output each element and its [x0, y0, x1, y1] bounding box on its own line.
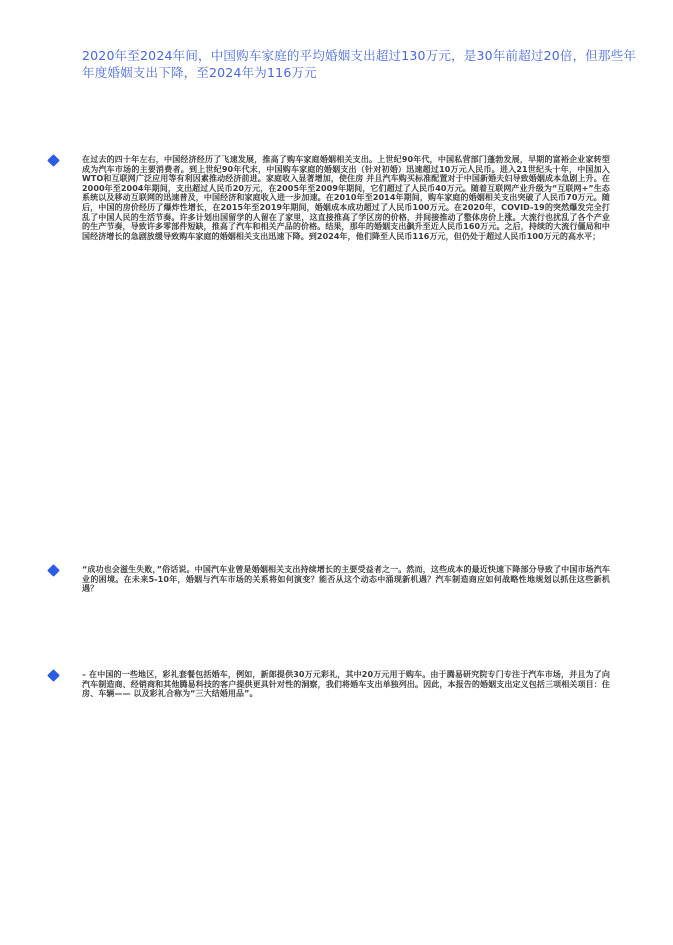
document-page: 2020年至2024年间，中国购车家庭的平均婚姻支出超过130万元，是30年前超…: [0, 0, 673, 945]
page-heading: 2020年至2024年间，中国购车家庭的平均婚姻支出超过130万元，是30年前超…: [82, 47, 648, 81]
diamond-bullet-icon: [47, 564, 60, 577]
bullet-text: 在过去的四十年左右，中国经济经历了飞速发展，推高了购车家庭婚姻相关支出。上世纪9…: [82, 155, 610, 241]
bullet-text: “成功也会滋生失败，”俗话说。中国汽车业曾是婚姻相关支出持续增长的主要受益者之一…: [82, 565, 610, 594]
diamond-bullet-icon: [47, 154, 60, 167]
bullet-text: – 在中国的一些地区，彩礼套餐包括婚车，例如，新郎提供30万元彩礼，其中20万元…: [82, 670, 610, 699]
diamond-bullet-icon: [47, 669, 60, 682]
